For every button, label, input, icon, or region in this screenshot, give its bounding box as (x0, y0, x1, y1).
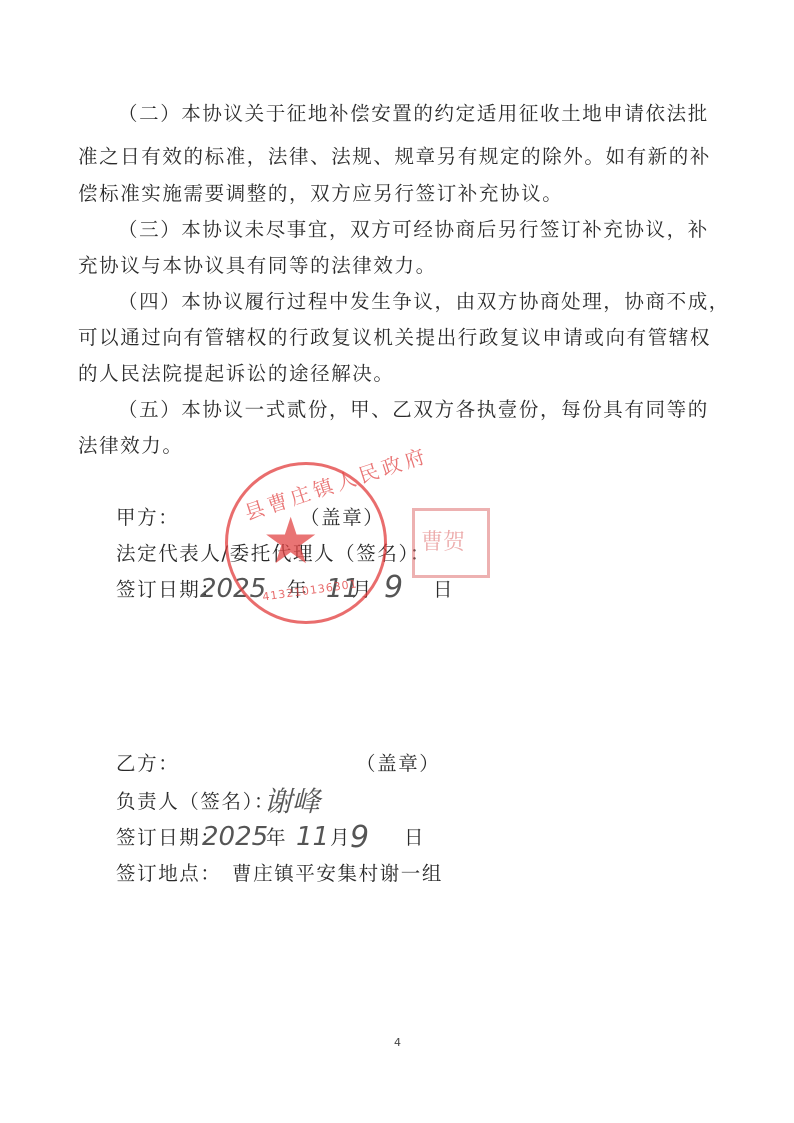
party-b-label: 乙方： (116, 752, 179, 776)
clause-3-line-2: 充协议与本协议具有同等的法律效力。 (78, 254, 437, 278)
party-b-signature: 谢峰 (264, 780, 320, 820)
clause-5-line-2: 法律效力。 (78, 434, 184, 458)
party-b-month-unit: 月 (330, 826, 351, 850)
clause-4-line-2: 可以通过向有管辖权的行政复议机关提出行政复议申请或向有管辖权 (78, 326, 711, 350)
clause-2-line-2: 准之日有效的标准，法律、法规、规章另有规定的除外。如有新的补 (78, 145, 711, 169)
party-b-place-label: 签订地点： (116, 862, 222, 886)
clause-5-line-1: （五）本协议一式贰份，甲、乙双方各执壹份，每份具有同等的 (118, 398, 709, 422)
party-b-day-unit: 日 (404, 826, 425, 850)
party-b-rep-label: 负责人（签名）： (116, 790, 275, 814)
party-a-date-day: 9 (384, 570, 403, 605)
party-b-date-month: 11 (296, 822, 329, 852)
party-b-year-unit: 年 (266, 826, 287, 850)
clause-2-line-3: 偿标准实施需要调整的，双方应另行签订补充协议。 (78, 182, 563, 206)
clause-4-line-1: （四）本协议履行过程中发生争议，由双方协商处理，协商不成， (118, 290, 730, 314)
party-a-day-unit: 日 (433, 578, 454, 602)
party-b-date-year: 2025 (202, 822, 268, 852)
clause-3-line-1: （三）本协议未尽事宜，双方可经协商后另行签订补充协议，补 (118, 218, 709, 242)
clause-2-line-1: （二）本协议关于征地补偿安置的约定适用征收土地申请依法批 (118, 102, 709, 126)
page-number: 4 (394, 1036, 401, 1049)
party-b-place-value: 曹庄镇平安集村谢一组 (232, 862, 443, 886)
personal-seal-text: 曹贺 (421, 525, 465, 556)
personal-seal: 曹贺 (412, 508, 490, 578)
party-a-label: 甲方： (116, 506, 179, 530)
clause-4-line-3: 的人民法院提起诉讼的途径解决。 (78, 362, 395, 386)
stamp-star-icon: ★ (262, 510, 319, 574)
party-b-seal-note: （盖章） (356, 752, 440, 776)
party-b-date-day: 9 (350, 820, 369, 855)
